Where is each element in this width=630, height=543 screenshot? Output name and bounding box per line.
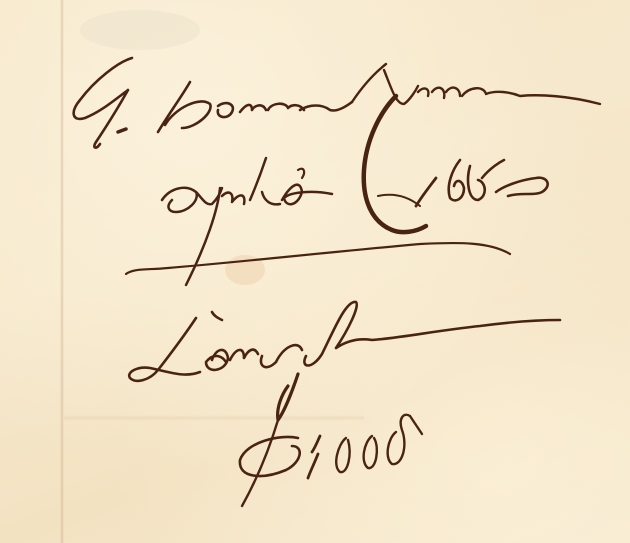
handwriting-line-name — [74, 58, 600, 148]
handwritten-document: G. Donaldson April 8th 1864 Lincoln $100… — [0, 0, 630, 543]
handwriting-line-amount — [240, 374, 422, 506]
ink-handwriting — [0, 0, 630, 543]
handwriting-underline — [126, 243, 510, 274]
handwriting-line-date — [162, 158, 548, 285]
handwriting-flourish-c — [364, 96, 426, 232]
handwriting-line-place — [129, 302, 560, 381]
